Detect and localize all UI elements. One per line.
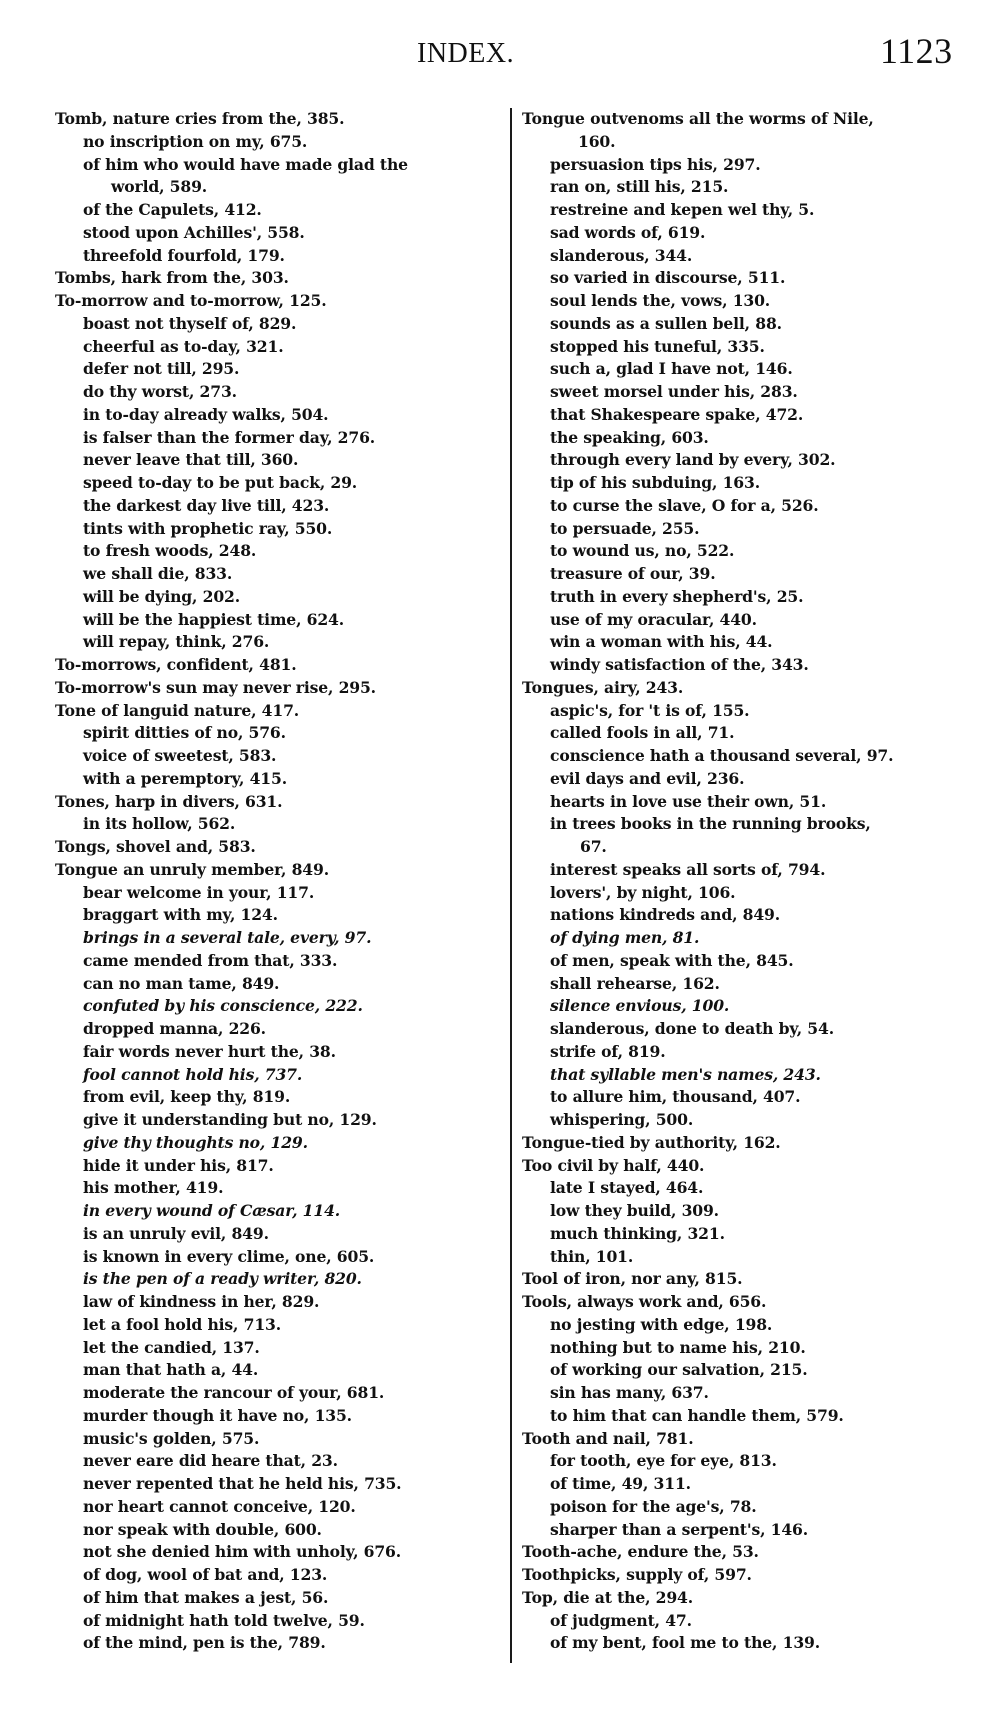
- index-subentry: sweet morsel under his, 283.: [522, 381, 992, 404]
- index-heading-entry: Tongs, shovel and, 583.: [55, 836, 505, 859]
- index-subentry: to allure him, thousand, 407.: [522, 1086, 992, 1109]
- index-subentry: will repay, think, 276.: [55, 631, 505, 654]
- index-subentry: use of my oracular, 440.: [522, 609, 992, 632]
- index-entry-continuation: 67.: [522, 836, 992, 859]
- index-subentry: of the Capulets, 412.: [55, 199, 505, 222]
- index-subentry: ran on, still his, 215.: [522, 176, 992, 199]
- index-subentry: braggart with my, 124.: [55, 904, 505, 927]
- index-subentry: of working our salvation, 215.: [522, 1359, 992, 1382]
- index-subentry: will be dying, 202.: [55, 586, 505, 609]
- index-subentry: sharper than a serpent's, 146.: [522, 1519, 992, 1542]
- index-subentry: truth in every shepherd's, 25.: [522, 586, 992, 609]
- index-subentry: of judgment, 47.: [522, 1610, 992, 1633]
- index-subentry: restreine and kepen wel thy, 5.: [522, 199, 992, 222]
- index-subentry: slanderous, 344.: [522, 245, 992, 268]
- index-subentry: nor speak with double, 600.: [55, 1519, 505, 1542]
- index-subentry: of dog, wool of bat and, 123.: [55, 1564, 505, 1587]
- index-heading-entry: Tongues, airy, 243.: [522, 677, 992, 700]
- index-subentry: to persuade, 255.: [522, 518, 992, 541]
- index-heading-entry: Toothpicks, supply of, 597.: [522, 1564, 992, 1587]
- index-heading-entry: Tomb, nature cries from the, 385.: [55, 108, 505, 131]
- index-subentry: late I stayed, 464.: [522, 1177, 992, 1200]
- index-subentry: do thy worst, 273.: [55, 381, 505, 404]
- index-entry-continuation: 160.: [522, 131, 992, 154]
- index-column-right: Tongue outvenoms all the worms of Nile,1…: [522, 108, 992, 1655]
- index-subentry: to him that can handle them, 579.: [522, 1405, 992, 1428]
- index-subentry: to curse the slave, O for a, 526.: [522, 495, 992, 518]
- index-subentry: windy satisfaction of the, 343.: [522, 654, 992, 677]
- index-subentry: of him that makes a jest, 56.: [55, 1587, 505, 1610]
- index-subentry: law of kindness in her, 829.: [55, 1291, 505, 1314]
- index-subentry: moderate the rancour of your, 681.: [55, 1382, 505, 1405]
- index-subentry: poison for the age's, 78.: [522, 1496, 992, 1519]
- index-subentry: the speaking, 603.: [522, 427, 992, 450]
- index-subentry: brings in a several tale, every, 97.: [55, 927, 505, 950]
- index-subentry: will be the happiest time, 624.: [55, 609, 505, 632]
- index-subentry: sad words of, 619.: [522, 222, 992, 245]
- running-head: INDEX.: [417, 38, 514, 70]
- index-subentry: persuasion tips his, 297.: [522, 154, 992, 177]
- index-subentry: let the candied, 137.: [55, 1337, 505, 1360]
- index-subentry: his mother, 419.: [55, 1177, 505, 1200]
- index-subentry: in its hollow, 562.: [55, 813, 505, 836]
- index-subentry: conscience hath a thousand several, 97.: [522, 745, 992, 768]
- index-heading-entry: Tongue outvenoms all the worms of Nile,: [522, 108, 992, 131]
- index-heading-entry: Tones, harp in divers, 631.: [55, 791, 505, 814]
- index-subentry: nothing but to name his, 210.: [522, 1337, 992, 1360]
- index-subentry: win a woman with his, 44.: [522, 631, 992, 654]
- index-subentry: in every wound of Cæsar, 114.: [55, 1200, 505, 1223]
- index-subentry: slanderous, done to death by, 54.: [522, 1018, 992, 1041]
- index-subentry: never leave that till, 360.: [55, 449, 505, 472]
- index-subentry: murder though it have no, 135.: [55, 1405, 505, 1428]
- index-subentry: boast not thyself of, 829.: [55, 313, 505, 336]
- index-subentry: shall rehearse, 162.: [522, 973, 992, 996]
- index-heading-entry: Top, die at the, 294.: [522, 1587, 992, 1610]
- index-subentry: much thinking, 321.: [522, 1223, 992, 1246]
- index-subentry: sin has many, 637.: [522, 1382, 992, 1405]
- index-subentry: that Shakespeare spake, 472.: [522, 404, 992, 427]
- index-subentry: silence envious, 100.: [522, 995, 992, 1018]
- index-subentry: defer not till, 295.: [55, 358, 505, 381]
- index-heading-entry: Tone of languid nature, 417.: [55, 700, 505, 723]
- index-subentry: in trees books in the running brooks,: [522, 813, 992, 836]
- page-header: INDEX. 1123: [0, 30, 1000, 80]
- index-subentry: to fresh woods, 248.: [55, 540, 505, 563]
- index-subentry: give it understanding but no, 129.: [55, 1109, 505, 1132]
- index-subentry: evil days and evil, 236.: [522, 768, 992, 791]
- index-subentry: the darkest day live till, 423.: [55, 495, 505, 518]
- index-subentry: came mended from that, 333.: [55, 950, 505, 973]
- index-subentry: of men, speak with the, 845.: [522, 950, 992, 973]
- index-subentry: music's golden, 575.: [55, 1428, 505, 1451]
- index-subentry: is known in every clime, one, 605.: [55, 1246, 505, 1269]
- index-subentry: man that hath a, 44.: [55, 1359, 505, 1382]
- index-subentry: thin, 101.: [522, 1246, 992, 1269]
- index-subentry: spirit ditties of no, 576.: [55, 722, 505, 745]
- index-subentry: such a, glad I have not, 146.: [522, 358, 992, 381]
- index-heading-entry: To-morrow and to-morrow, 125.: [55, 290, 505, 313]
- index-subentry: aspic's, for 't is of, 155.: [522, 700, 992, 723]
- index-subentry: give thy thoughts no, 129.: [55, 1132, 505, 1155]
- index-subentry: speed to-day to be put back, 29.: [55, 472, 505, 495]
- index-subentry: soul lends the, vows, 130.: [522, 290, 992, 313]
- index-subentry: of the mind, pen is the, 789.: [55, 1632, 505, 1655]
- index-subentry: stopped his tuneful, 335.: [522, 336, 992, 359]
- index-subentry: whispering, 500.: [522, 1109, 992, 1132]
- index-subentry: strife of, 819.: [522, 1041, 992, 1064]
- index-subentry: never eare did heare that, 23.: [55, 1450, 505, 1473]
- index-subentry: we shall die, 833.: [55, 563, 505, 586]
- index-heading-entry: Tongue-tied by authority, 162.: [522, 1132, 992, 1155]
- index-subentry: bear welcome in your, 117.: [55, 882, 505, 905]
- index-heading-entry: Tooth and nail, 781.: [522, 1428, 992, 1451]
- index-subentry: voice of sweetest, 583.: [55, 745, 505, 768]
- index-subentry: is the pen of a ready writer, 820.: [55, 1268, 505, 1291]
- index-subentry: of him who would have made glad the: [55, 154, 505, 177]
- index-entry-continuation: world, 589.: [55, 176, 505, 199]
- index-subentry: treasure of our, 39.: [522, 563, 992, 586]
- index-subentry: tip of his subduing, 163.: [522, 472, 992, 495]
- index-subentry: is falser than the former day, 276.: [55, 427, 505, 450]
- column-divider: [510, 108, 512, 1663]
- index-subentry: from evil, keep thy, 819.: [55, 1086, 505, 1109]
- index-subentry: low they build, 309.: [522, 1200, 992, 1223]
- index-heading-entry: Tooth-ache, endure the, 53.: [522, 1541, 992, 1564]
- index-subentry: hearts in love use their own, 51.: [522, 791, 992, 814]
- index-subentry: of midnight hath told twelve, 59.: [55, 1610, 505, 1633]
- index-subentry: so varied in discourse, 511.: [522, 267, 992, 290]
- index-subentry: nations kindreds and, 849.: [522, 904, 992, 927]
- page-number: 1123: [880, 30, 953, 72]
- index-heading-entry: To-morrows, confident, 481.: [55, 654, 505, 677]
- index-subentry: never repented that he held his, 735.: [55, 1473, 505, 1496]
- index-subentry: of time, 49, 311.: [522, 1473, 992, 1496]
- index-heading-entry: Tombs, hark from the, 303.: [55, 267, 505, 290]
- index-subentry: of dying men, 81.: [522, 927, 992, 950]
- index-subentry: tints with prophetic ray, 550.: [55, 518, 505, 541]
- index-heading-entry: Tool of iron, nor any, 815.: [522, 1268, 992, 1291]
- index-column-left: Tomb, nature cries from the, 385.no insc…: [55, 108, 505, 1655]
- index-subentry: hide it under his, 817.: [55, 1155, 505, 1178]
- index-subentry: fair words never hurt the, 38.: [55, 1041, 505, 1064]
- index-subentry: of my bent, fool me to the, 139.: [522, 1632, 992, 1655]
- index-subentry: dropped manna, 226.: [55, 1018, 505, 1041]
- index-heading-entry: To-morrow's sun may never rise, 295.: [55, 677, 505, 700]
- index-subentry: for tooth, eye for eye, 813.: [522, 1450, 992, 1473]
- index-subentry: let a fool hold his, 713.: [55, 1314, 505, 1337]
- index-subentry: in to-day already walks, 504.: [55, 404, 505, 427]
- index-subentry: cheerful as to-day, 321.: [55, 336, 505, 359]
- index-subentry: threefold fourfold, 179.: [55, 245, 505, 268]
- index-subentry: to wound us, no, 522.: [522, 540, 992, 563]
- index-subentry: lovers', by night, 106.: [522, 882, 992, 905]
- index-subentry: called fools in all, 71.: [522, 722, 992, 745]
- index-subentry: nor heart cannot conceive, 120.: [55, 1496, 505, 1519]
- index-subentry: can no man tame, 849.: [55, 973, 505, 996]
- index-subentry: with a peremptory, 415.: [55, 768, 505, 791]
- index-subentry: fool cannot hold his, 737.: [55, 1064, 505, 1087]
- index-subentry: through every land by every, 302.: [522, 449, 992, 472]
- index-subentry: no inscription on my, 675.: [55, 131, 505, 154]
- index-subentry: interest speaks all sorts of, 794.: [522, 859, 992, 882]
- index-heading-entry: Tongue an unruly member, 849.: [55, 859, 505, 882]
- index-heading-entry: Tools, always work and, 656.: [522, 1291, 992, 1314]
- index-subentry: is an unruly evil, 849.: [55, 1223, 505, 1246]
- index-subentry: no jesting with edge, 198.: [522, 1314, 992, 1337]
- index-subentry: sounds as a sullen bell, 88.: [522, 313, 992, 336]
- index-subentry: confuted by his conscience, 222.: [55, 995, 505, 1018]
- index-subentry: that syllable men's names, 243.: [522, 1064, 992, 1087]
- index-subentry: stood upon Achilles', 558.: [55, 222, 505, 245]
- index-heading-entry: Too civil by half, 440.: [522, 1155, 992, 1178]
- index-subentry: not she denied him with unholy, 676.: [55, 1541, 505, 1564]
